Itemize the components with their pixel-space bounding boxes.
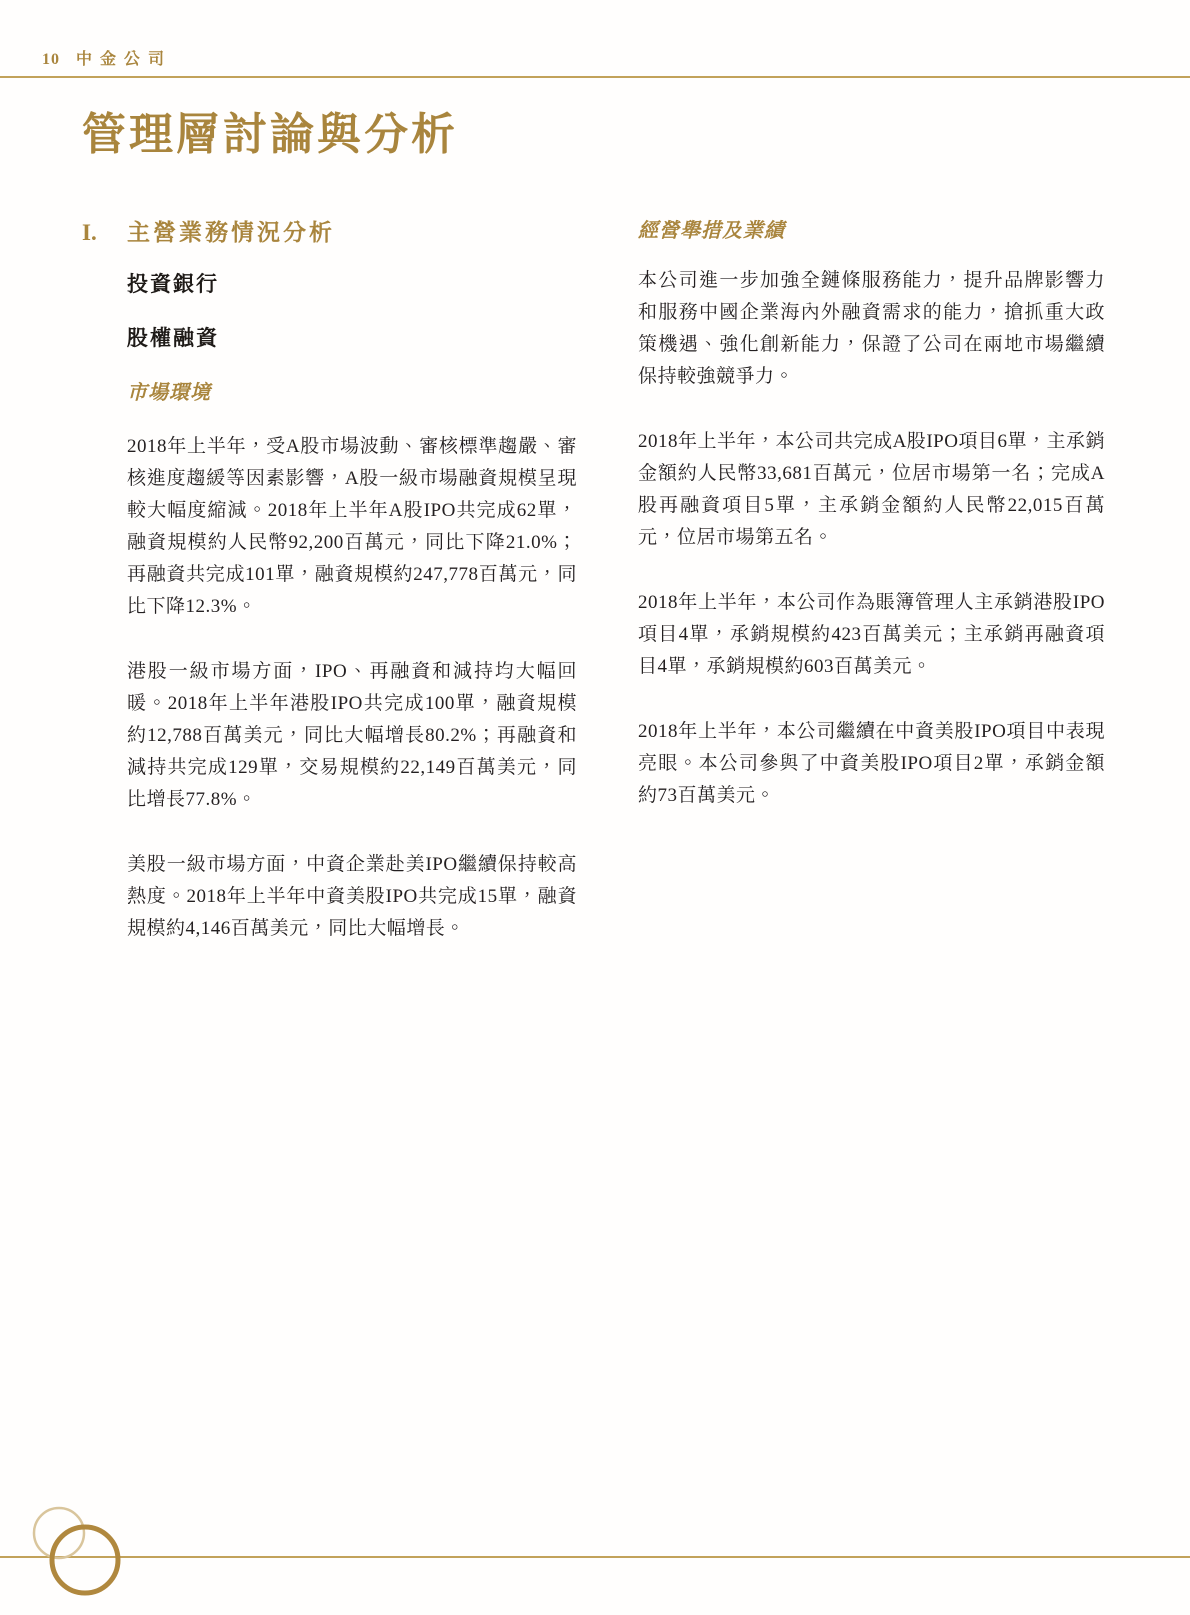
page-header: 10 中金公司 [0, 46, 1190, 78]
paragraph-a-share-ipo-results: 2018年上半年，本公司共完成A股IPO項目6單，主承銷金額約人民幣33,681… [638, 426, 1105, 554]
left-column: I. 主營業務情況分析 投資銀行 股權融資 市場環境 2018年上半年，受A股市… [82, 214, 577, 978]
footer-rule [0, 1556, 1190, 1558]
page-header-row: 10 中金公司 [0, 46, 1190, 69]
heading-operating-results: 經營舉措及業績 [638, 214, 1105, 243]
content-columns: I. 主營業務情況分析 投資銀行 股權融資 市場環境 2018年上半年，受A股市… [82, 214, 1105, 978]
report-page: 10 中金公司 管理層討論與分析 I. 主營業務情況分析 投資銀行 股權融資 市… [0, 0, 1190, 1615]
company-name: 中金公司 [76, 46, 172, 69]
page-title: 管理層討論與分析 [82, 98, 458, 162]
page-number: 10 [42, 51, 60, 69]
subheading-investment-banking: 投資銀行 [127, 268, 577, 298]
paragraph-us-ipo-results: 2018年上半年，本公司繼續在中資美股IPO項目中表現亮眼。本公司參與了中資美股… [638, 716, 1105, 812]
paragraph-a-share-market: 2018年上半年，受A股市場波動、審核標準趨嚴、審核進度趨緩等因素影響，A股一級… [127, 431, 577, 623]
subheading-market-environment: 市場環境 [127, 376, 577, 405]
header-rule [0, 76, 1190, 78]
circles-logo-icon [18, 1490, 148, 1615]
subheading-equity-financing: 股權融資 [127, 322, 577, 352]
left-column-body: 投資銀行 股權融資 市場環境 2018年上半年，受A股市場波動、審核標準趨嚴、審… [127, 268, 577, 945]
section-title: 主營業務情況分析 [127, 214, 335, 247]
paragraph-hk-ipo-results: 2018年上半年，本公司作為賬簿管理人主承銷港股IPO項目4單，承銷規模約423… [638, 587, 1105, 683]
paragraph-us-market: 美股一級市場方面，中資企業赴美IPO繼續保持較高熱度。2018年上半年中資美股I… [127, 849, 577, 945]
section-number: I. [82, 220, 127, 246]
paragraph-capabilities: 本公司進一步加強全鏈條服務能力，提升品牌影響力和服務中國企業海內外融資需求的能力… [638, 265, 1105, 393]
right-column: 經營舉措及業績 本公司進一步加強全鏈條服務能力，提升品牌影響力和服務中國企業海內… [638, 214, 1105, 978]
paragraph-hk-market: 港股一級市場方面，IPO、再融資和減持均大幅回暖。2018年上半年港股IPO共完… [127, 656, 577, 816]
section-heading: I. 主營業務情況分析 [82, 214, 577, 247]
